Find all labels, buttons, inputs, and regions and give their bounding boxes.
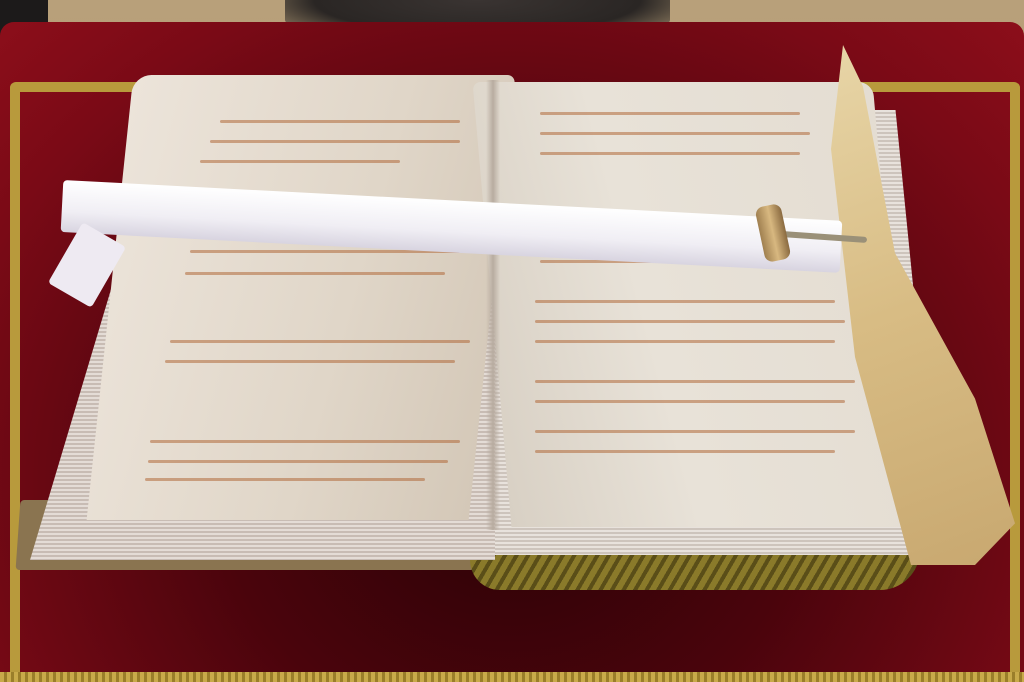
gold-fringe [0,672,1024,682]
book-gutter [486,80,500,530]
